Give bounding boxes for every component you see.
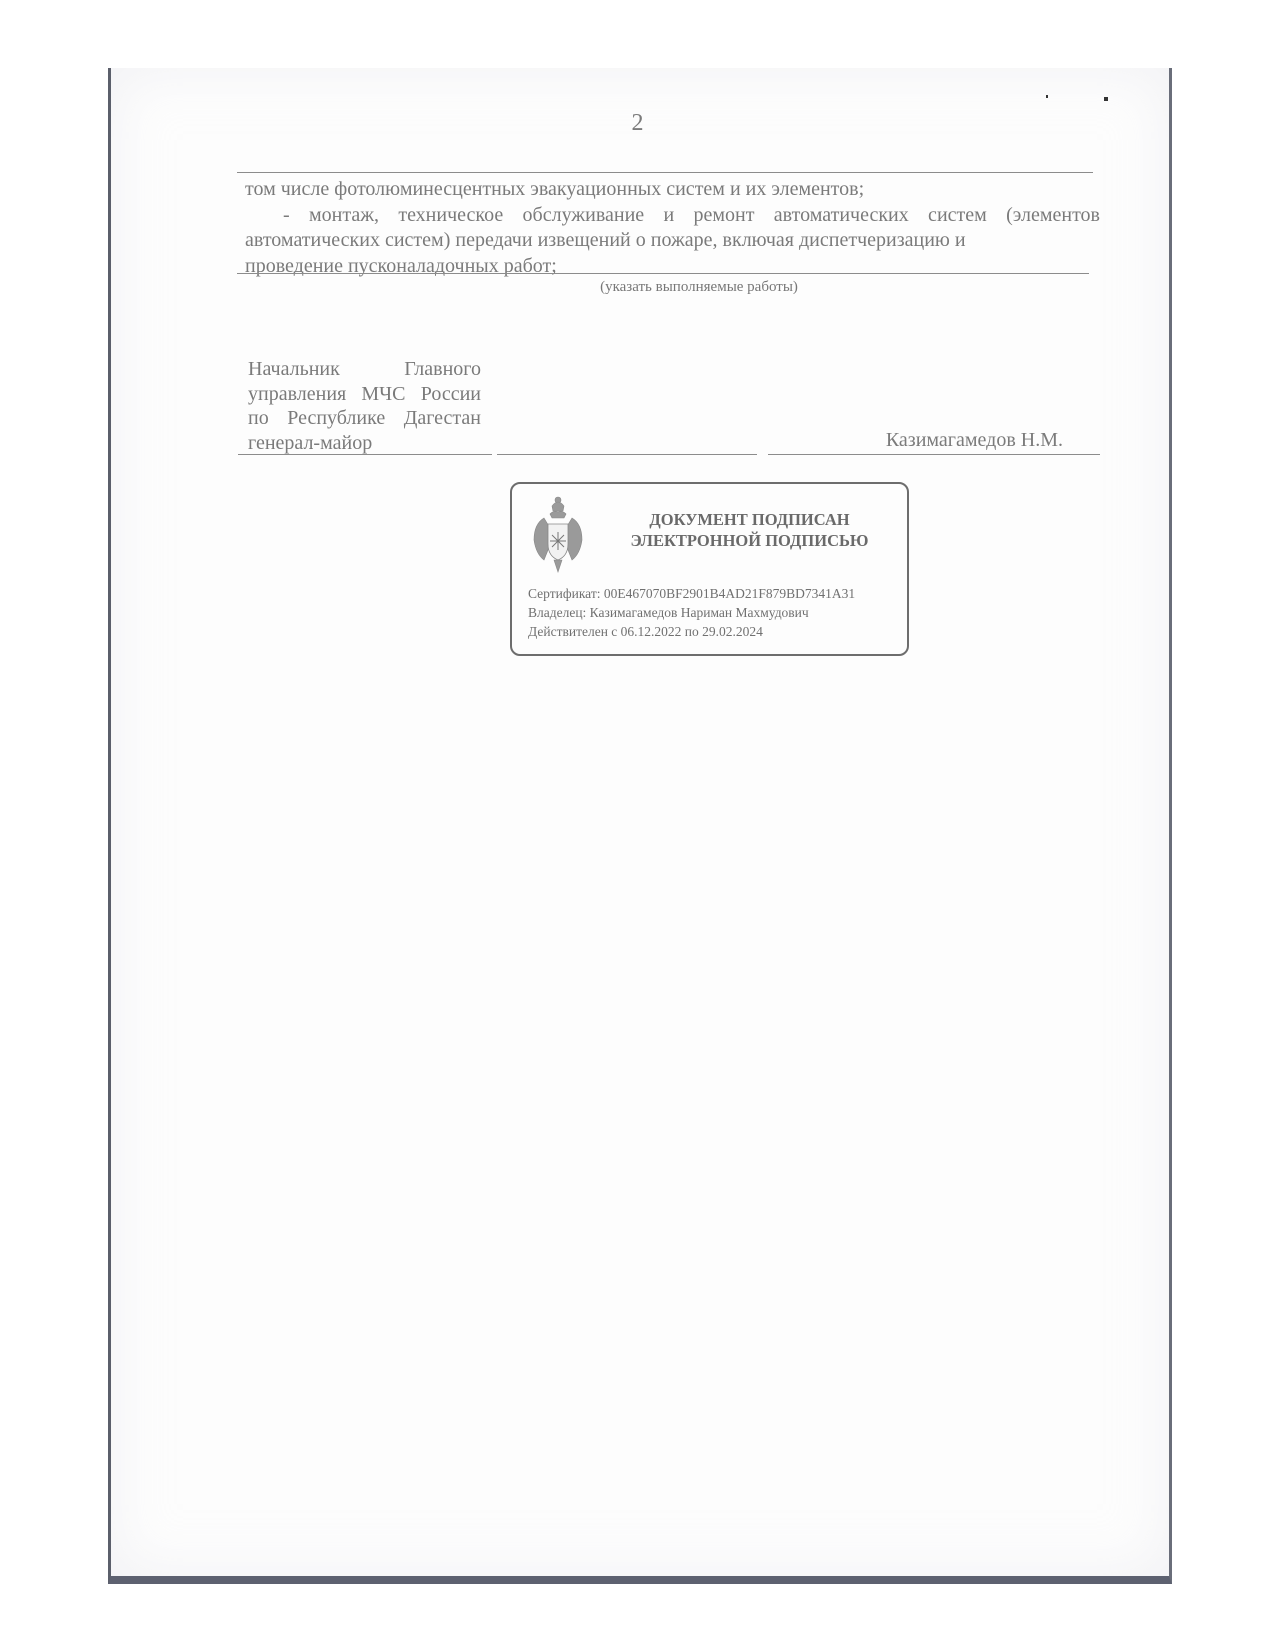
certificate-owner: Владелец: Казимагамедов Нариман Махмудов… [528,603,855,622]
certificate-number: Сертификат: 00E467070BF2901B4AD21F879BD7… [528,584,855,603]
top-rule [237,172,1093,173]
signatory-name: Казимагамедов Н.М. [886,429,1063,452]
stamp-details: Сертификат: 00E467070BF2901B4AD21F879BD7… [528,584,855,641]
scan-speck [1046,95,1048,98]
signature-rule-signature [497,454,757,455]
mchs-emblem-icon [530,494,586,574]
works-description: том числе фотолюминесцентных эвакуационн… [245,177,1100,279]
certificate-validity: Действителен с 06.12.2022 по 29.02.2024 [528,622,855,641]
works-line-1: том числе фотолюминесцентных эвакуационн… [245,177,1100,203]
stamp-title: ДОКУМЕНТ ПОДПИСАН ЭЛЕКТРОННОЙ ПОДПИСЬЮ [602,509,897,551]
signatory-position: Начальник Главного управления МЧС России… [248,357,481,455]
works-line-2: - монтаж, техническое обслуживание и рем… [245,203,1100,229]
position-line: управления МЧС России [248,382,481,407]
page-number: 2 [0,110,1275,137]
scan-speck [1104,97,1108,101]
works-line-3: автоматических систем) передачи извещени… [245,228,1100,254]
position-line: генерал-майор [248,431,481,456]
field-hint: (указать выполняемые работы) [0,279,1275,296]
signature-rule-position [238,454,492,455]
stamp-title-line-2: ЭЛЕКТРОННОЙ ПОДПИСЬЮ [602,530,897,551]
bottom-rule [237,273,1089,274]
position-line: Начальник Главного [248,357,481,382]
signature-rule-name [768,454,1100,455]
stamp-title-line-1: ДОКУМЕНТ ПОДПИСАН [602,509,897,530]
electronic-signature-stamp: ДОКУМЕНТ ПОДПИСАН ЭЛЕКТРОННОЙ ПОДПИСЬЮ С… [510,482,909,656]
works-line-4: проведение пусконаладочных работ; [245,254,1100,280]
position-line: по Республике Дагестан [248,406,481,431]
